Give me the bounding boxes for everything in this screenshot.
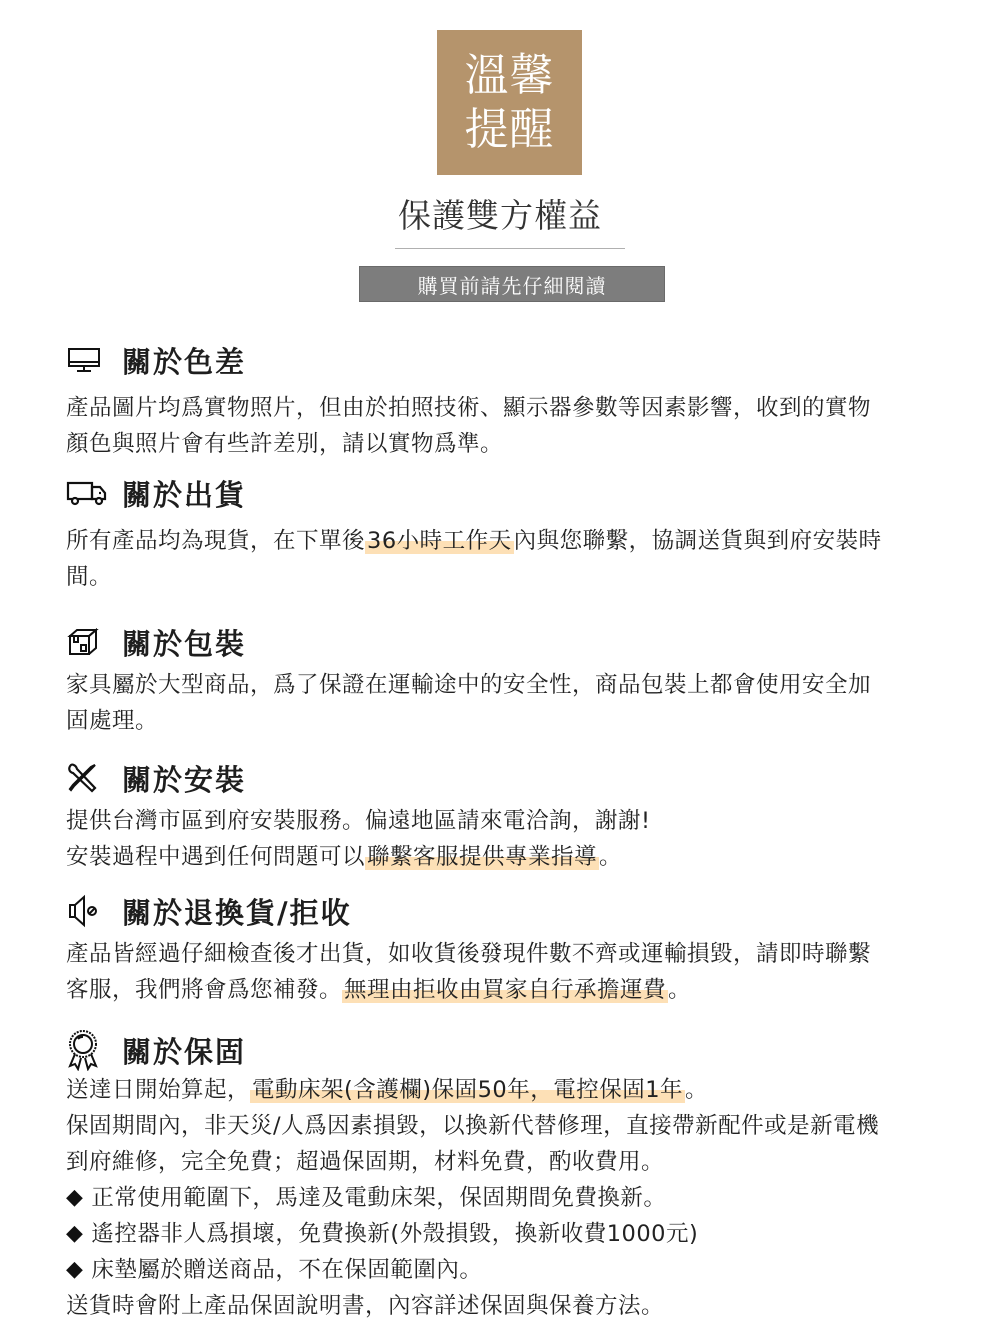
award-ribbon-icon [66, 1028, 110, 1072]
read-notice-text: 購買前請先仔細閱讀 [418, 270, 607, 299]
text-span: 內與您聯繫，協調送貨與到府安裝時 [514, 528, 882, 554]
text-span: 所有產品均為現貨，在下單後 [66, 528, 365, 554]
badge-line-2: 提醒 [465, 103, 555, 157]
section-warranty: 關於保固 送達日開始算起，電動床架(含護欄)保固50年，電控保固1年。 保固期間… [66, 1028, 966, 1324]
bullet-item: ◆ 床墊屬於贈送商品，不在保固範圍內。 [66, 1252, 966, 1288]
section-title: 關於退換貨/拒收 [122, 891, 352, 932]
section-color-difference: 關於色差 產品圖片均爲實物照片，但由於拍照技術、顯示器參數等因素影響，收到的實物… [66, 340, 966, 462]
paragraph-line: 產品圖片均爲實物照片，但由於拍照技術、顯示器參數等因素影響，收到的實物 [66, 390, 966, 426]
section-title: 關於出貨 [122, 473, 246, 514]
diamond-bullet-icon: ◆ [66, 1180, 83, 1216]
badge-line-1: 溫馨 [465, 49, 555, 103]
text-span: 安裝過程中遇到任何問題可以 [66, 844, 365, 870]
section-installation: 關於安裝 提供台灣市區到府安裝服務。偏遠地區請來電洽詢，謝謝! 安裝過程中遇到任… [66, 758, 966, 875]
tools-icon [66, 760, 110, 796]
text-span: 。 [685, 1077, 708, 1103]
bullet-item: ◆ 遙控器非人爲損壞，免費換新(外殼損毀，換新收費1000元) [66, 1216, 966, 1252]
paragraph-line: 間。 [66, 559, 966, 595]
text-span: 。 [668, 977, 691, 1003]
bullet-item: ◆ 正常使用範圍下，馬達及電動床架，保固期間免費換新。 [66, 1180, 966, 1216]
paragraph-line: 安裝過程中遇到任何問題可以聯繫客服提供專業指導。 [66, 839, 966, 875]
paragraph-line: 提供台灣市區到府安裝服務。偏遠地區請來電洽詢，謝謝! [66, 803, 966, 839]
paragraph-line: 到府維修，完全免費；超過保固期，材料免費，酌收費用。 [66, 1144, 966, 1180]
paragraph-line: 固處理。 [66, 703, 966, 739]
paragraph-line: 送貨時會附上產品保固說明書，內容詳述保固與保養方法。 [66, 1288, 966, 1324]
paragraph-line: 顏色與照片會有些許差別，請以實物爲準。 [66, 426, 966, 462]
paragraph-line: 家具屬於大型商品，爲了保證在運輸途中的安全性，商品包裝上都會使用安全加 [66, 667, 966, 703]
paragraph-line: 客服，我們將會爲您補發。無理由拒收由買家自行承擔運費。 [66, 972, 966, 1008]
bullet-text: 正常使用範圍下，馬達及電動床架，保固期間免費換新。 [91, 1180, 666, 1216]
highlight-text: 無理由拒收由買家自行承擔運費 [342, 977, 668, 1003]
paragraph-line: 送達日開始算起，電動床架(含護欄)保固50年，電控保固1年。 [66, 1072, 966, 1108]
speaker-mute-icon [66, 893, 110, 929]
text-span: 送達日開始算起， [66, 1077, 250, 1103]
paragraph-line: 保固期間內，非天災/人爲因素損毀，以換新代替修理，直接帶新配件或是新電機 [66, 1108, 966, 1144]
page-subtitle: 保護雙方權益 [0, 190, 1000, 237]
text-span: 客服，我們將會爲您補發。 [66, 977, 342, 1003]
section-shipping: 關於出貨 所有產品均為現貨，在下單後36小時工作天內與您聯繫，協調送貨與到府安裝… [66, 473, 966, 595]
highlight-text: 電動床架(含護欄)保固50年，電控保固1年 [250, 1077, 685, 1103]
bullet-text: 遙控器非人爲損壞，免費換新(外殼損毀，換新收費1000元) [91, 1216, 698, 1252]
diamond-bullet-icon: ◆ [66, 1216, 83, 1252]
paragraph-line: 所有產品均為現貨，在下單後36小時工作天內與您聯繫，協調送貨與到府安裝時 [66, 523, 966, 559]
section-returns: 關於退換貨/拒收 產品皆經過仔細檢查後才出貨，如收貨後發現件數不齊或運輸損毀，請… [66, 891, 966, 1008]
diamond-bullet-icon: ◆ [66, 1252, 83, 1288]
truck-icon [66, 475, 110, 511]
bullet-text: 床墊屬於贈送商品，不在保固範圍內。 [91, 1252, 482, 1288]
paragraph-line: 產品皆經過仔細檢查後才出貨，如收貨後發現件數不齊或運輸損毀，請即時聯繫 [66, 936, 966, 972]
section-title: 關於保固 [122, 1030, 246, 1071]
read-before-purchase-bar: 購買前請先仔細閱讀 [359, 266, 665, 302]
divider [395, 248, 625, 249]
box-icon [66, 624, 110, 660]
monitor-icon [66, 342, 110, 378]
highlight-text: 聯繫客服提供專業指導 [365, 844, 599, 870]
warm-reminder-badge: 溫馨 提醒 [437, 30, 582, 175]
section-packaging: 關於包裝 家具屬於大型商品，爲了保證在運輸途中的安全性，商品包裝上都會使用安全加… [66, 622, 966, 739]
section-title: 關於色差 [122, 340, 246, 381]
text-span: 。 [599, 844, 622, 870]
highlight-text: 36小時工作天 [365, 528, 514, 554]
section-title: 關於包裝 [122, 622, 246, 663]
section-title: 關於安裝 [122, 758, 246, 799]
